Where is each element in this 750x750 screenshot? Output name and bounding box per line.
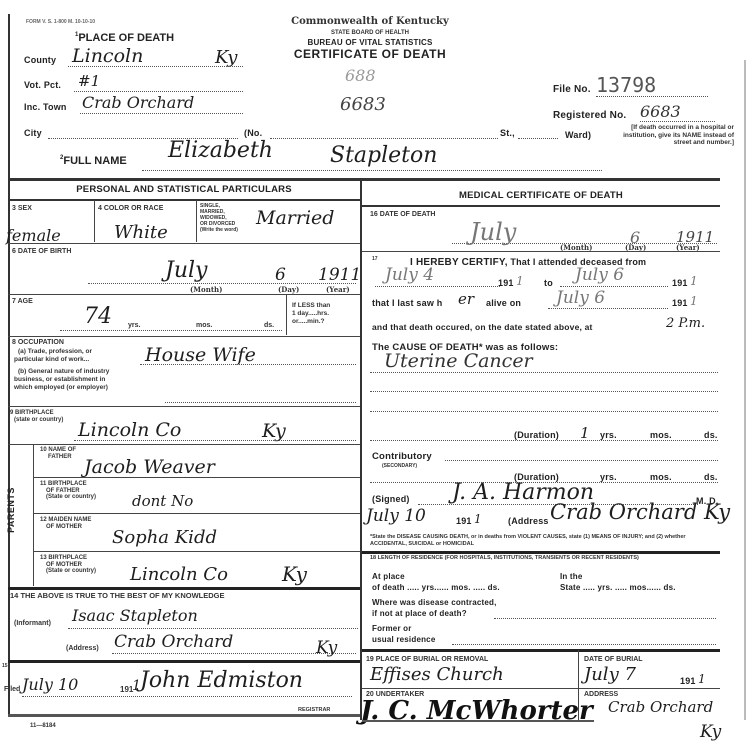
undertaker-address-state[interactable]: Ky — [700, 722, 721, 742]
med-row-line-burial — [362, 688, 720, 689]
former-label-1: Former or — [372, 624, 412, 633]
signed-year-hand: 1 — [474, 512, 482, 526]
row-line-8 — [33, 551, 360, 552]
registered-no-value: 6683 — [640, 102, 681, 121]
father-birthplace-label: 11 BIRTHPLACE OF FATHER (State or countr… — [40, 481, 96, 501]
certify-num: 17 — [372, 255, 378, 263]
filing-num: 15 — [2, 662, 8, 670]
right-border — [744, 60, 746, 720]
dod-label: 16 DATE OF DEATH — [370, 211, 436, 219]
dob-month[interactable]: July — [165, 258, 207, 283]
death-certificate: FORM V. S. 1-800 M. 10-10-10 Commonwealt… — [0, 0, 750, 750]
birthplace-value[interactable]: Lincoln Co — [78, 419, 181, 441]
of-death-label: of death ..... yrs...... mos. ..... ds. — [372, 583, 500, 592]
signed-label: (Signed) — [372, 494, 410, 504]
attended-to[interactable]: July 6 — [575, 265, 624, 285]
vot-pct-value[interactable]: #1 — [78, 72, 100, 90]
inc-town-value[interactable]: Crab Orchard — [82, 93, 194, 112]
row-line-2 — [8, 294, 360, 295]
full-name-label: 2FULL NAME — [60, 155, 127, 167]
duration-ds-label: ds. — [704, 430, 718, 440]
file-no-value: 13798 — [596, 73, 656, 97]
informant-dots — [68, 628, 358, 629]
occupation-a-value[interactable]: House Wife — [145, 344, 256, 366]
dob-month-label: (Month) — [190, 286, 222, 294]
attended-to-dots — [560, 286, 668, 287]
former-dots — [452, 644, 716, 645]
contributory-sub: (SECONDARY) — [382, 462, 417, 470]
medical-header: MEDICAL CERTIFICATE OF DEATH — [362, 190, 720, 201]
filed-date[interactable]: July 10 — [22, 675, 78, 694]
personal-header: PERSONAL AND STATISTICAL PARTICULARS — [8, 184, 360, 195]
dob-day-label: (Day) — [278, 286, 299, 294]
full-name-last[interactable]: Stapleton — [330, 143, 437, 168]
board-title: STATE BOARD OF HEALTH — [260, 29, 480, 37]
mother-birthplace-value[interactable]: Lincoln Co — [130, 564, 228, 585]
physician-address[interactable]: Crab Orchard Ky — [550, 500, 730, 524]
contracted-label-1: Where was disease contracted, — [372, 598, 497, 607]
sex-race-divider — [94, 200, 95, 242]
death-time[interactable]: 2 P.m. — [666, 316, 705, 331]
attended-from-year: 191 — [498, 278, 514, 288]
mother-name-value[interactable]: Sopha Kidd — [112, 527, 217, 548]
contrib-ds-label: ds. — [704, 472, 718, 482]
age-dots — [60, 330, 282, 331]
no-dots — [270, 138, 498, 139]
county-dots — [68, 66, 243, 67]
marital-value[interactable]: Married — [256, 207, 334, 229]
dob-label: 6 DATE OF BIRTH — [12, 248, 71, 256]
death-occurred-label: and that death occured, on the date stat… — [372, 322, 593, 332]
age-yrs-label: yrs. — [128, 322, 140, 330]
race-label: 4 COLOR OR RACE — [98, 205, 163, 213]
age-less-divider — [286, 295, 287, 335]
signed-year-prefix: 191 — [456, 516, 472, 526]
ward-label: Ward) — [565, 130, 591, 140]
state-label: State ..... yrs. ..... mos...... ds. — [560, 583, 676, 592]
age-ds-label: ds. — [264, 322, 274, 330]
age-label: 7 AGE — [12, 298, 33, 306]
occupation-b-label: (b) General nature of industry business,… — [14, 368, 109, 392]
row-line-3 — [8, 336, 360, 337]
birthplace-label: 9 BIRTHPLACE (state or country) — [10, 410, 63, 423]
burial-year-prefix: 191 — [680, 676, 696, 686]
top-divider — [8, 178, 720, 181]
row-line-7 — [33, 513, 360, 514]
inc-town-label: Inc. Town — [24, 102, 67, 112]
hand-number: 6683 — [340, 94, 386, 115]
informant-address-value[interactable]: Crab Orchard — [114, 632, 233, 652]
bottom-line-right — [362, 720, 594, 722]
to-label: to — [544, 278, 553, 288]
file-no-dots — [596, 96, 708, 97]
burial-date-label: DATE OF BURIAL — [584, 656, 643, 664]
row-line-5 — [8, 444, 360, 445]
filed-dots — [22, 696, 352, 697]
occupation-a-label: (a) Trade, profession, or particular kin… — [14, 348, 92, 364]
burial-place-value[interactable]: Effises Church — [370, 664, 504, 685]
certificate-title: CERTIFICATE OF DEATH — [260, 47, 480, 61]
duration-label: (Duration) — [514, 430, 559, 440]
mother-name-label: 12 MAIDEN NAME OF MOTHER — [40, 517, 91, 530]
physician-address-label: (Address — [508, 516, 549, 526]
dob-dots — [88, 283, 356, 284]
signed-date[interactable]: July 10 — [366, 506, 426, 526]
birthplace-dots — [74, 440, 356, 441]
attended-from-dots — [375, 286, 500, 287]
header: Commonwealth of Kentucky STATE BOARD OF … — [260, 16, 480, 61]
birthplace-state[interactable]: Ky — [262, 420, 286, 442]
race-value[interactable]: White — [114, 222, 168, 243]
contrib-yrs-label: yrs. — [600, 472, 617, 482]
informant-address-dots — [112, 653, 356, 654]
dod-month[interactable]: July — [470, 218, 516, 246]
attended-to-year: 191 — [672, 278, 688, 288]
duration-dots — [370, 440, 718, 441]
parents-side-label: PARENTS — [6, 487, 16, 533]
father-name-value[interactable]: Jacob Weaver — [84, 456, 215, 478]
registered-no-label: Registered No. — [553, 110, 626, 121]
cause-value[interactable]: Uterine Cancer — [384, 350, 533, 372]
med-row-line-footnote — [362, 551, 720, 554]
dob-day[interactable]: 6 — [275, 265, 286, 285]
bureau-title: BUREAU OF VITAL STATISTICS — [260, 38, 480, 47]
parents-bottom-line — [8, 587, 360, 590]
no-label: (No. — [244, 128, 262, 138]
burial-date-value[interactable]: July 7 — [584, 664, 636, 685]
informant-address-state[interactable]: Ky — [316, 638, 337, 658]
informant-label: (Informant) — [14, 620, 51, 628]
contributory-label: Contributory — [372, 451, 432, 462]
last-saw-year-hand: 1 — [690, 294, 698, 308]
dob-year-label: (Year) — [326, 286, 350, 294]
cause-footnote: *State the DISEASE CAUSING DEATH, or in … — [370, 534, 720, 548]
former-label-2: usual residence — [372, 635, 435, 644]
personal-header-line — [8, 199, 360, 201]
med-row-line-1 — [362, 251, 720, 252]
county-label: County — [24, 55, 56, 65]
last-saw-label: that I last saw h — [372, 298, 442, 308]
vot-pct-label: Vot. Pct. — [24, 80, 61, 90]
race-marital-divider — [196, 200, 197, 242]
county-value[interactable]: Lincoln — [72, 45, 143, 67]
cause-dots-3 — [370, 411, 718, 412]
inc-town-dots — [80, 113, 243, 114]
father-birthplace-value[interactable]: dont No — [132, 492, 193, 510]
duration-mos-label: mos. — [650, 430, 672, 440]
st-label: St., — [500, 128, 515, 138]
informant-address-label: (Address) — [66, 645, 99, 653]
footer-code: 11—8184 — [30, 722, 56, 730]
informant-statement: 14 THE ABOVE IS TRUE TO THE BEST OF MY K… — [10, 592, 224, 600]
ward-dots — [518, 138, 558, 139]
sex-label: 3 SEX — [12, 205, 32, 213]
dob-year[interactable]: 1911 — [318, 265, 361, 285]
form-id: FORM V. S. 1-800 M. 10-10-10 — [26, 18, 95, 26]
contracted-label-2: if not at place of death? — [372, 609, 467, 618]
burial-place-label: 19 PLACE OF BURIAL OR REMOVAL — [366, 656, 488, 664]
contracted-dots — [494, 618, 716, 619]
med-row-line-residence — [362, 649, 720, 652]
attended-to-year-hand: 1 — [690, 274, 698, 288]
burial-year-hand: 1 — [698, 672, 706, 686]
occupation-b-dots — [165, 402, 356, 403]
row-line-1 — [8, 243, 360, 244]
attended-from[interactable]: July 4 — [385, 265, 434, 285]
place-of-death-label: 1PLACE OF DEATH — [75, 32, 174, 44]
bottom-line-left — [8, 714, 360, 717]
vot-pct-dots — [74, 91, 243, 92]
age-years[interactable]: 74 — [84, 304, 112, 329]
occupation-a-dots — [140, 364, 356, 365]
in-the-label: In the — [560, 572, 583, 581]
left-border — [8, 14, 10, 714]
county-state[interactable]: Ky — [215, 47, 237, 68]
last-saw-year: 191 — [672, 298, 688, 308]
cause-dots-1 — [370, 372, 718, 373]
full-name-dots — [142, 170, 602, 171]
father-name-label: 10 NAME OF FATHER — [40, 447, 76, 460]
registrar-label: REGISTRAR — [298, 706, 330, 714]
contrib-mos-label: mos. — [650, 472, 672, 482]
contributory-dots — [445, 460, 718, 461]
attended-from-year-hand: 1 — [516, 274, 524, 288]
city-label: City — [24, 128, 42, 138]
informant-value[interactable]: Isaac Stapleton — [72, 606, 198, 625]
last-saw-date[interactable]: July 6 — [556, 288, 605, 308]
marital-label: SINGLE, MARRIED, WIDOWED, OR DIVORCED (W… — [200, 203, 238, 233]
last-saw-pronoun[interactable]: er — [458, 290, 474, 308]
registered-no-dots — [640, 121, 715, 122]
cause-dots-2 — [370, 391, 718, 392]
duration-yrs-label: yrs. — [600, 430, 617, 440]
file-no-label: File No. — [553, 84, 591, 95]
mother-birthplace-label: 13 BIRTHPLACE OF MOTHER (State or countr… — [40, 555, 96, 575]
undertaker-address-value[interactable]: Crab Orchard — [608, 698, 713, 716]
less-than-label: If LESS than 1 day.....hrs. or.....min.? — [292, 302, 330, 326]
duration-years[interactable]: 1 — [580, 424, 590, 442]
informant-bottom-line — [8, 660, 360, 663]
row-line-4 — [8, 406, 360, 407]
full-name-first[interactable]: Elizabeth — [168, 138, 273, 163]
hospital-note: [If death occurred in a hospital or inst… — [622, 124, 734, 147]
row-line-6 — [33, 477, 360, 478]
age-mos-label: mos. — [196, 322, 212, 330]
alive-on-label: alive on — [486, 298, 521, 308]
residence-label: 18 LENGTH OF RESIDENCE (FOR HOSPITALS, I… — [370, 555, 720, 562]
column-divider — [360, 180, 362, 720]
medical-header-line — [362, 205, 720, 207]
parents-divider — [33, 444, 34, 586]
registrar-signature[interactable]: John Edmiston — [140, 668, 303, 693]
at-place-label: At place — [372, 572, 405, 581]
last-saw-dots — [548, 308, 668, 309]
filed-label: Filed — [4, 686, 20, 694]
occupation-label: 8 OCCUPATION — [12, 339, 64, 347]
mother-birthplace-state[interactable]: Ky — [282, 562, 307, 586]
commonwealth-title: Commonwealth of Kentucky — [260, 16, 480, 27]
faint-number: 688 — [345, 66, 376, 85]
